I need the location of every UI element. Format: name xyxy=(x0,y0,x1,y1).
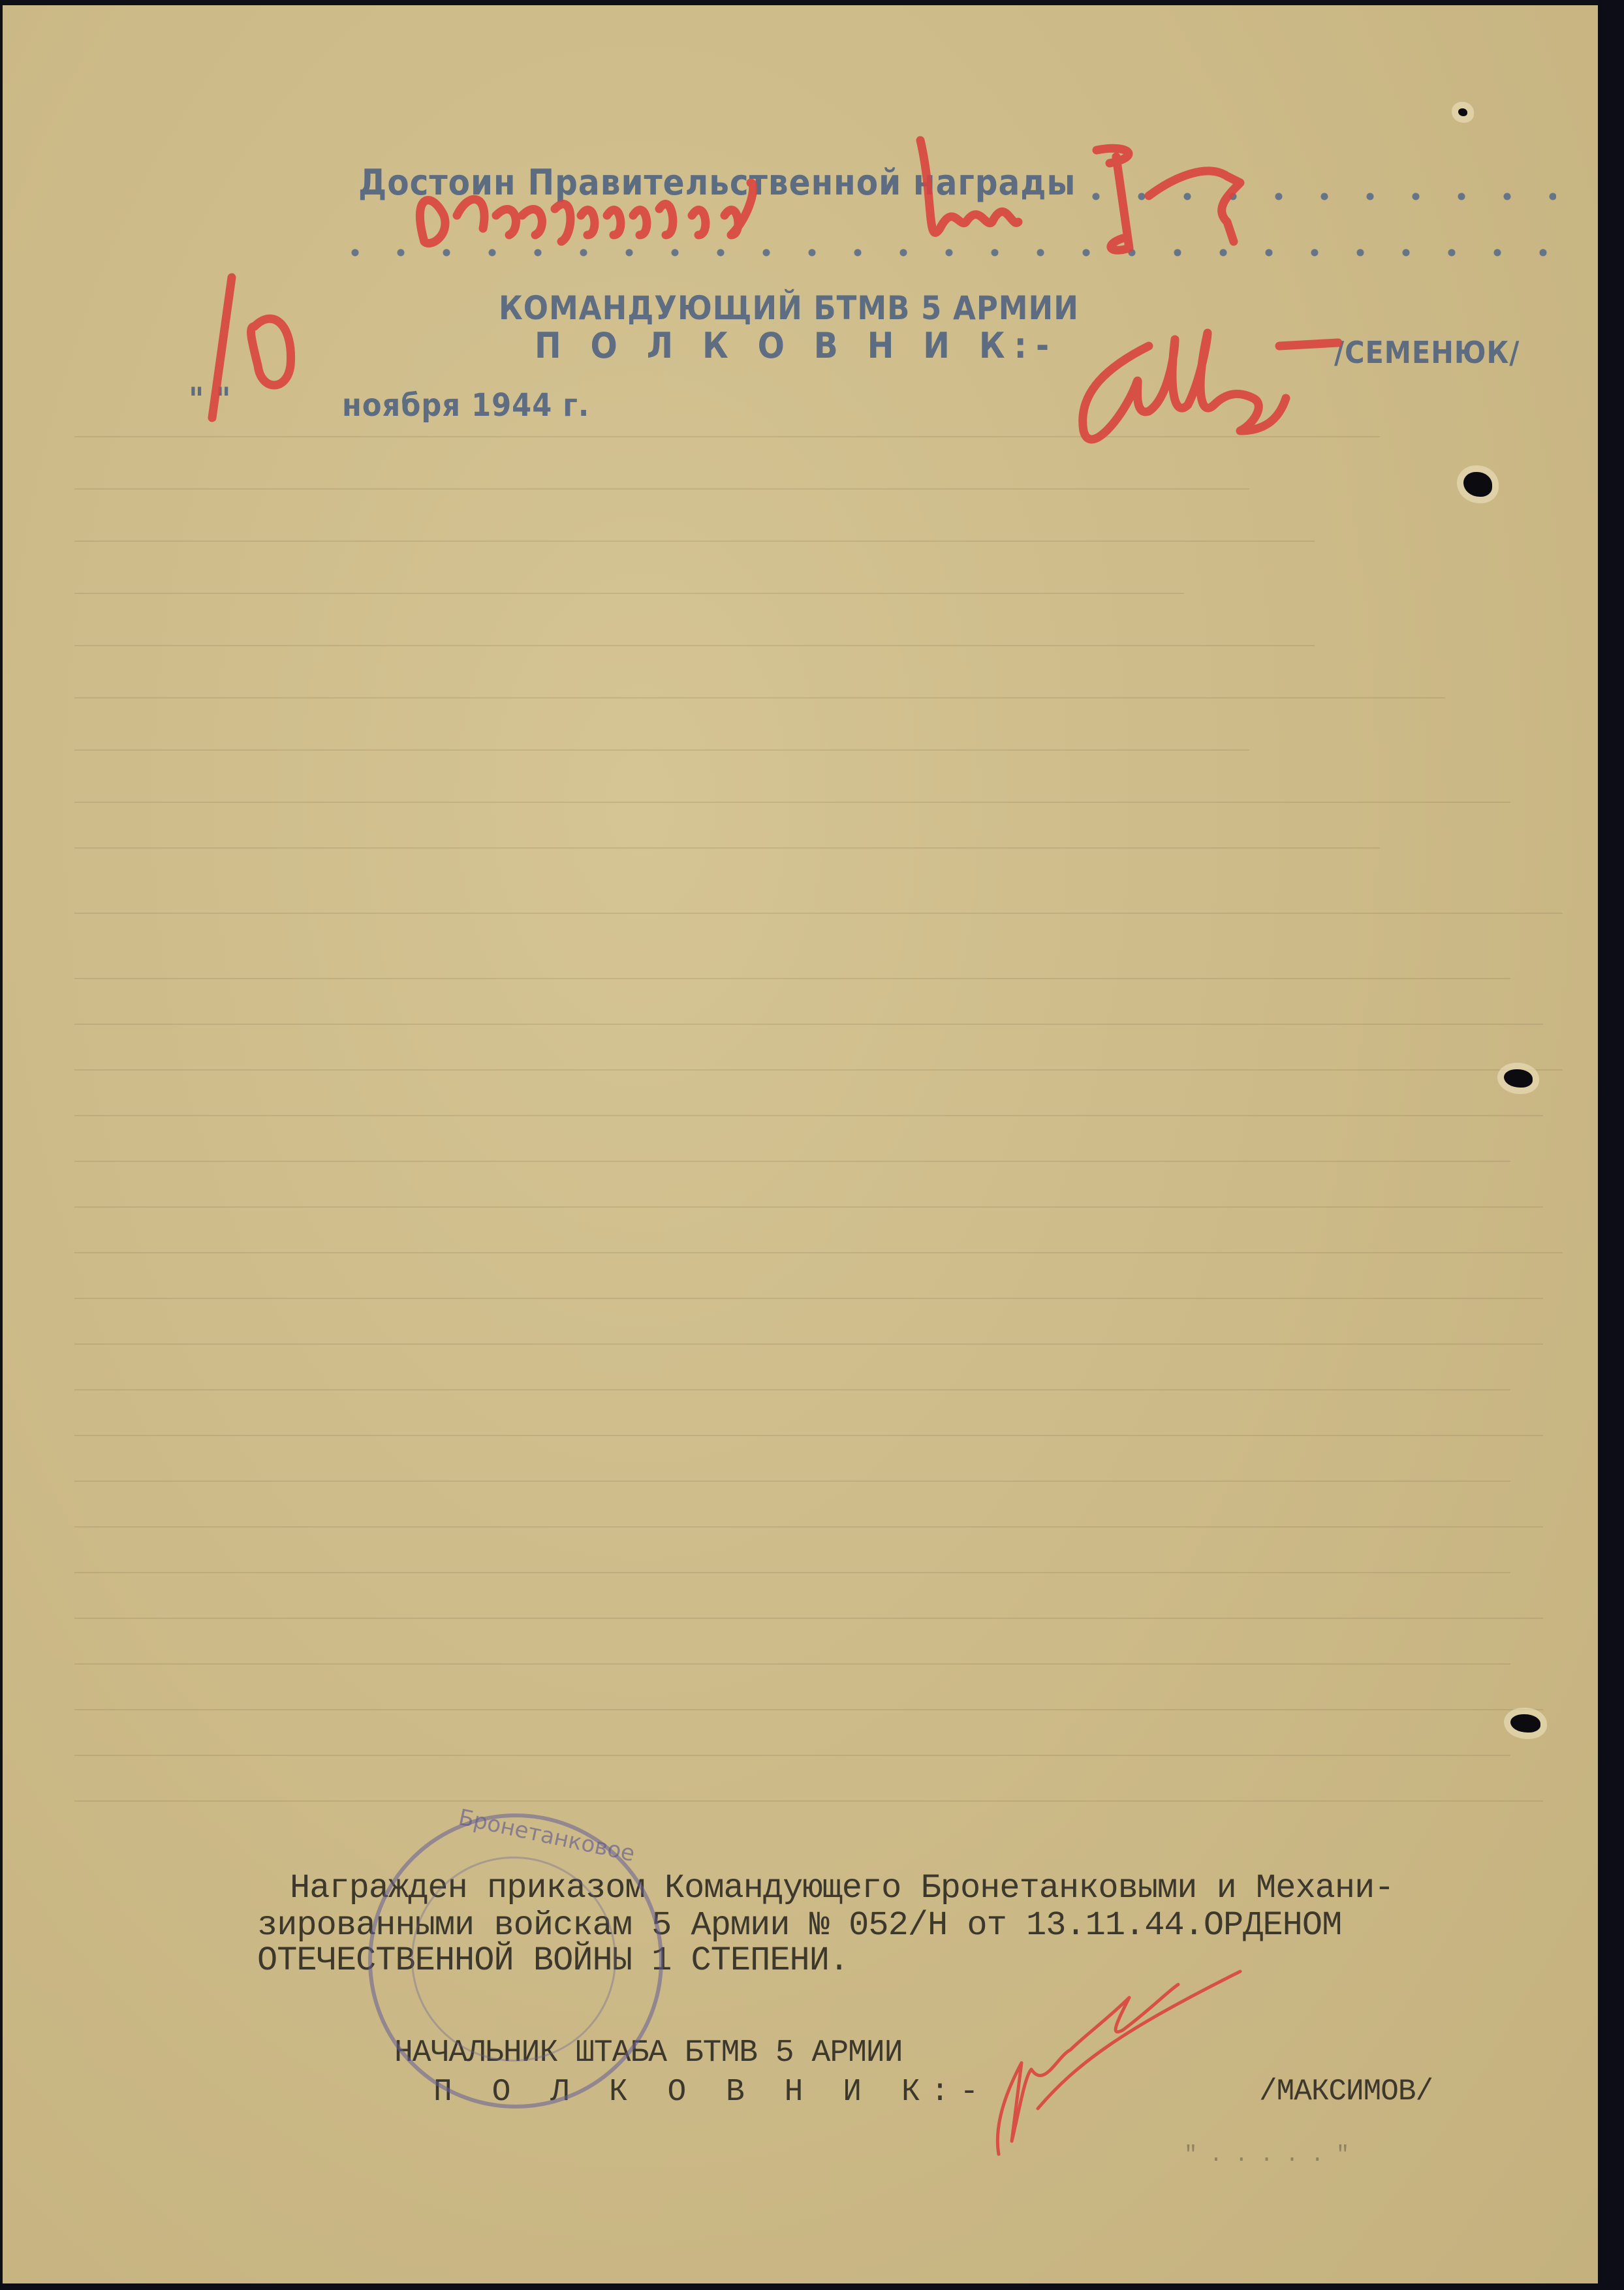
handwritten-award-note xyxy=(420,183,753,243)
handwritten-signature-chief xyxy=(997,1971,1240,2154)
handwritten-signature-commander xyxy=(1083,333,1338,439)
handwritten-day-number xyxy=(212,277,291,418)
red-pencil-annotations xyxy=(0,0,1624,2290)
